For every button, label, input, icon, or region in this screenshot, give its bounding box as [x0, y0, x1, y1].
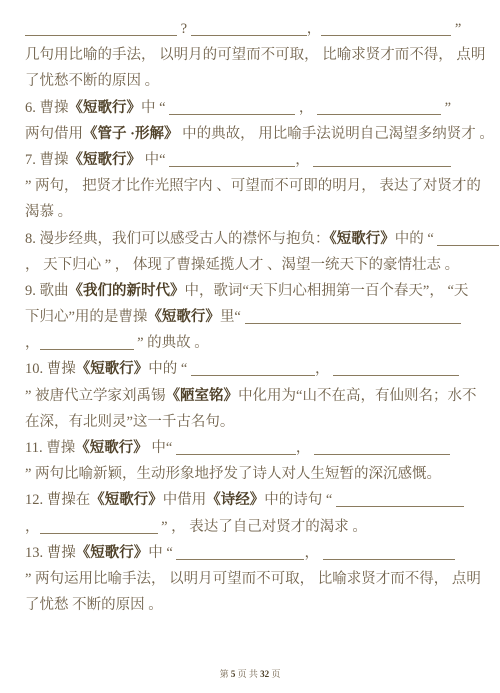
book-title: 32 — [260, 669, 269, 679]
text-run: 渴慕 。 — [25, 204, 72, 220]
text-run: 中，歌词“天下归心相拥第一百个春天”， “天 — [185, 283, 469, 299]
text-run: ， — [304, 545, 322, 561]
text-run: 两句借用 — [25, 126, 83, 142]
text-run: ， — [25, 335, 40, 351]
text-line: 在深，有北则灵”这一千古名句。 — [25, 409, 477, 435]
text-run: 下归心”用的是曹操 — [25, 309, 147, 325]
text-line: 12. 曹操在《短歌行》中借用《诗经》中的诗句 “ — [25, 487, 477, 513]
text-line: 渴慕 。 — [25, 199, 477, 225]
text-line: 下归心”用的是曹操《短歌行》里“ — [25, 304, 477, 330]
text-run: 11. 曹操 — [25, 440, 75, 456]
fill-in-blank-line — [169, 111, 295, 115]
text-line: 11. 曹操《短歌行》 中“ ， — [25, 435, 477, 461]
book-title: 《短歌行》 — [330, 231, 395, 247]
text-run: 在深，有北则灵”这一千古名句。 — [25, 414, 234, 430]
text-line: ， ” 的典故 。 — [25, 330, 477, 356]
text-run: 13. 曹操 — [25, 545, 76, 561]
fill-in-blank-line — [245, 320, 461, 324]
page-footer: 第 5 页 共 32 页 — [0, 668, 500, 680]
book-title: 《管子 ·形解》 — [83, 126, 178, 142]
text-run: 了忧愁 不断的原因 。 — [25, 597, 163, 613]
text-run: 8. 漫步经典，我们可以感受古人的襟怀与抱负： — [25, 231, 330, 247]
text-run: 里“ — [220, 309, 245, 325]
text-run: ” ， 表达了自己对贤才的渴求 。 — [158, 519, 367, 535]
book-title: 《短歌行》 — [69, 100, 142, 116]
text-run: 6. 曹操 — [25, 100, 69, 116]
text-run: ， — [307, 21, 322, 37]
book-title: 《陋室铭》 — [166, 388, 239, 404]
document-lines: ? ， ”几句用比喻的手法， 以明月的可望而不可取， 比喻求贤才而不得， 点明了… — [25, 16, 477, 618]
text-run: ” 两句， 把贤才比作光照宇内 、可望而不可即的明月， 表达了对贤才的 — [25, 178, 481, 194]
text-run: 12. 曹操在 — [25, 492, 90, 508]
text-run: 7. 曹操 — [25, 152, 69, 168]
fill-in-blank-line — [176, 451, 296, 455]
book-title: 《诗经》 — [206, 492, 264, 508]
text-line: 13. 曹操《短歌行》中 “ ， — [25, 540, 477, 566]
fill-in-blank-line — [40, 530, 158, 534]
text-line: 了忧愁 不断的原因 。 — [25, 592, 477, 618]
text-run: 几句用比喻的手法， 以明月的可望而不可取， 比喻求贤才而不得， 点明 — [25, 47, 485, 63]
text-line: ” 两句， 把贤才比作光照宇内 、可望而不可即的明月， 表达了对贤才的 — [25, 173, 477, 199]
text-line: ， ” ， 表达了自己对贤才的渴求 。 — [25, 514, 477, 540]
book-title: 《短歌行》 — [69, 152, 142, 168]
text-run: ” — [441, 100, 451, 116]
text-run: 10. 曹操 — [25, 361, 76, 377]
text-run: 中 “ — [141, 100, 169, 116]
text-line: 两句借用《管子 ·形解》 中的典故， 用比喻手法说明自己渴望多纳贤才 。 — [25, 121, 477, 147]
text-line: 10. 曹操《短歌行》中的 “ ， — [25, 356, 477, 382]
book-title: 《短歌行》 — [76, 361, 149, 377]
text-run: 中 “ — [148, 545, 176, 561]
text-run: ， — [295, 100, 317, 116]
text-run: 页 — [269, 669, 280, 679]
text-run: 第 — [220, 669, 231, 679]
text-run: 中的典故， 用比喻手法说明自己渴望多纳贤才 。 — [178, 126, 493, 142]
fill-in-blank-line — [317, 111, 441, 115]
fill-in-blank-line — [40, 346, 134, 350]
book-title: 《短歌行》 — [147, 309, 220, 325]
fill-in-blank-line — [176, 556, 304, 560]
fill-in-blank-line — [336, 503, 464, 507]
text-run: 中借用 — [163, 492, 207, 508]
text-run: ， — [315, 361, 333, 377]
text-run: ， — [296, 440, 314, 456]
text-run: 页 共 — [235, 669, 260, 679]
text-line: ? ， ” — [25, 16, 477, 42]
text-run: 9. 歌曲 — [25, 283, 69, 299]
fill-in-blank-line — [191, 372, 315, 376]
text-line: ” 两句运用比喻手法， 以明月可望而不可取， 比喻求贤才而不得， 点明 — [25, 566, 477, 592]
text-line: 9. 歌曲《我们的新时代》中，歌词“天下归心相拥第一百个春天”， “天 — [25, 278, 477, 304]
fill-in-blank-line — [437, 242, 499, 246]
text-line: 8. 漫步经典，我们可以感受古人的襟怀与抱负：《短歌行》中的 “ — [25, 226, 477, 252]
text-run: ， 天下归心 ” ， 体现了曹操延揽人才 、渴望一统天下的豪情壮志 。 — [25, 257, 459, 273]
text-run: ” 被唐代立学家刘禹锡 — [25, 388, 166, 404]
text-run: ” — [451, 21, 461, 37]
text-run: ， — [25, 519, 40, 535]
text-line: 6. 曹操《短歌行》中 “ ， ” — [25, 95, 477, 121]
fill-in-blank-line — [314, 451, 450, 455]
fill-in-blank-line — [313, 163, 451, 167]
fill-in-blank-line — [323, 556, 455, 560]
fill-in-blank-line — [25, 32, 177, 36]
text-run: 中“ — [141, 152, 169, 168]
text-run: 了忧愁不断的原因 。 — [25, 73, 159, 89]
document-page: ? ， ”几句用比喻的手法， 以明月的可望而不可取， 比喻求贤才而不得， 点明了… — [0, 0, 500, 693]
text-run: 中的诗句 “ — [264, 492, 336, 508]
text-run: ” 的典故 。 — [134, 335, 209, 351]
text-line: ” 两句比喻新颖，生动形象地抒发了诗人对人生短暂的深沉感慨。 — [25, 461, 477, 487]
text-line: 7. 曹操《短歌行》 中“ ， — [25, 147, 477, 173]
fill-in-blank-line — [321, 32, 451, 36]
book-title: 《我们的新时代》 — [69, 283, 185, 299]
text-run: 中的 “ — [148, 361, 191, 377]
book-title: 《短歌行》 — [76, 545, 149, 561]
text-line: ” 被唐代立学家刘禹锡《陋室铭》中化用为“山不在高，有仙则名；水不 — [25, 383, 477, 409]
fill-in-blank-line — [333, 372, 459, 376]
text-run: ” 两句运用比喻手法， 以明月可望而不可取， 比喻求贤才而不得， 点明 — [25, 571, 481, 587]
book-title: 《短歌行》 — [90, 492, 163, 508]
fill-in-blank-line — [169, 163, 295, 167]
text-run: 中化用为“山不在高，有仙则名；水不 — [238, 388, 476, 404]
text-run: 中的 “ — [395, 231, 438, 247]
text-line: 几句用比喻的手法， 以明月的可望而不可取， 比喻求贤才而不得， 点明 — [25, 42, 477, 68]
text-run: 中“ — [148, 440, 176, 456]
book-title: 《短歌行》 — [75, 440, 148, 456]
text-run: ” 两句比喻新颖，生动形象地抒发了诗人对人生短暂的深沉感慨。 — [25, 466, 441, 482]
text-line: 了忧愁不断的原因 。 — [25, 68, 477, 94]
fill-in-blank-line — [191, 32, 307, 36]
text-line: ， 天下归心 ” ， 体现了曹操延揽人才 、渴望一统天下的豪情壮志 。 — [25, 252, 477, 278]
text-run: ? — [177, 21, 191, 37]
text-run: ， — [295, 152, 313, 168]
